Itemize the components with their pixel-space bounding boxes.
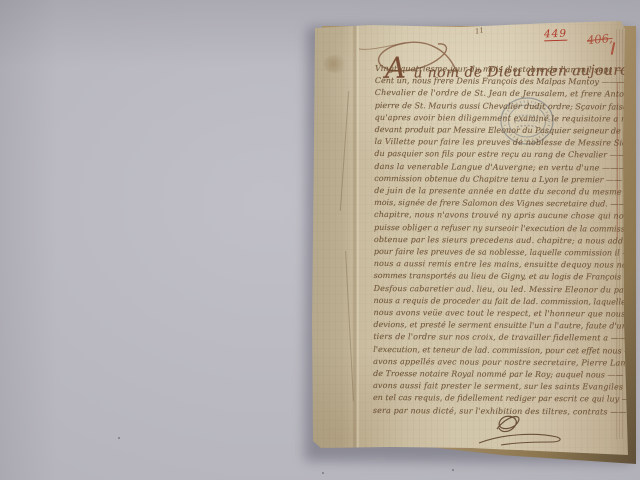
manuscript-body: Vingt quatriesme jour du mois d'octobre …	[373, 63, 627, 418]
top-center-mark: 11	[474, 26, 484, 36]
crossed-out-folio: 406,	[586, 31, 613, 47]
manuscript-line: sommes transportés au lieu de Gigny, et …	[374, 270, 626, 284]
manuscript-line: tiers de l'ordre sur nos croix, de trava…	[373, 331, 625, 345]
manuscript-line: en tel cas requis, de fidellement redige…	[373, 392, 625, 406]
manuscript-line: chapitre, nous n'avons trouvé ny apris a…	[374, 209, 626, 223]
dust-speck	[452, 469, 454, 471]
photo-background: Au nom de Dieu amen aujourdhuy 11 449 40…	[0, 0, 640, 480]
manuscript-line: du pasquier son fils pour estre reçu au …	[374, 148, 626, 162]
crease-line	[340, 91, 349, 211]
manuscript-page: Au nom de Dieu amen aujourdhuy 11 449 40…	[311, 21, 628, 457]
dust-speck	[118, 437, 120, 439]
manuscript-line: Chevalier de l'ordre de St. Jean de Jeru…	[375, 87, 627, 101]
dust-speck	[322, 472, 324, 474]
folio-number: 449	[544, 28, 567, 41]
